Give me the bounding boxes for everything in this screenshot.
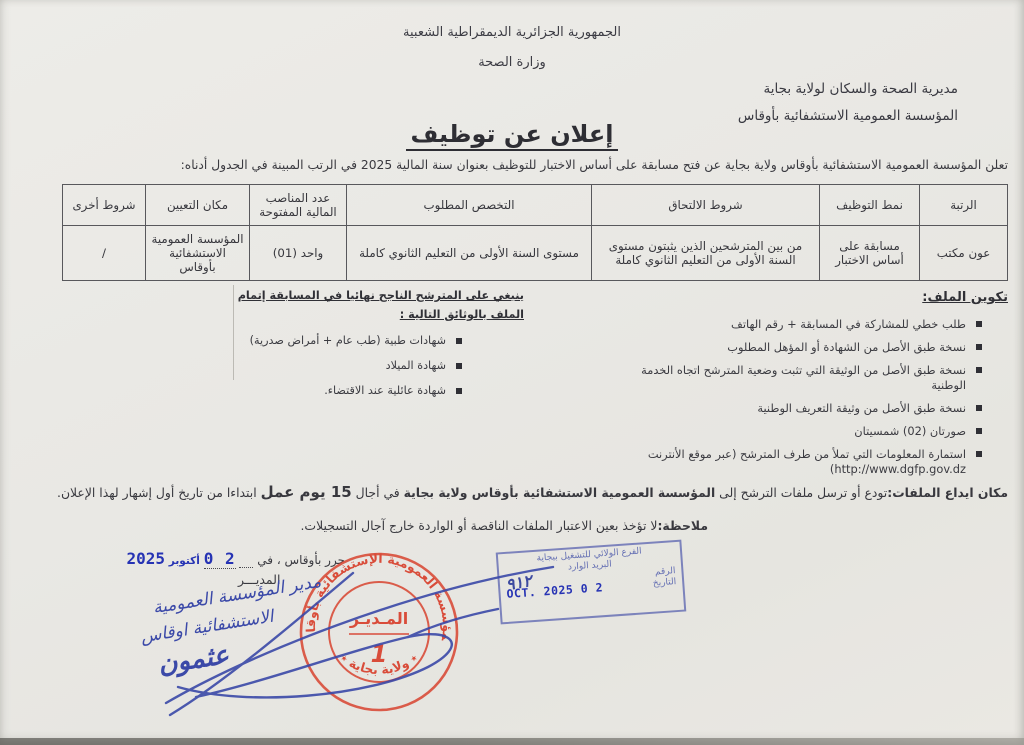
cell-other-conditions: / <box>63 226 146 281</box>
cell-positions-count: واحد (01) <box>250 226 347 281</box>
cell-rank: عون مكتب <box>920 226 1008 281</box>
list-item: صورتان (02) شمسيتان <box>604 424 1008 439</box>
square-bullet-icon <box>976 451 982 457</box>
scanned-document-page: الجمهورية الجزائرية الديمقراطية الشعبية … <box>0 0 1024 745</box>
positions-table: الرتبة نمط التوظيف شروط الالتحاق التخصص … <box>62 184 1008 281</box>
col-other-conditions: شروط أخرى <box>63 185 146 226</box>
col-rank: الرتبة <box>920 185 1008 226</box>
deadline-days: 15 يوم عمل <box>261 483 352 501</box>
list-item: نسخة طبق الأصل من الوثيقة التي تثبت وضعي… <box>604 363 1008 393</box>
col-specialty: التخصص المطلوب <box>347 185 592 226</box>
table-row: عون مكتب مسابقة على أساس الاختبار من بين… <box>63 226 1008 281</box>
square-bullet-icon <box>976 367 982 373</box>
list-item: شهادة عائلية عند الاقتضاء. <box>232 384 524 398</box>
list-item: نسخة طبق الأصل من وثيقة التعريف الوطنية <box>604 401 1008 416</box>
final-documents-heading: ينبغي على المترشح الناجح نهائيا في المسا… <box>238 289 524 321</box>
square-bullet-icon <box>456 338 462 344</box>
date-month-stamp: أكتوبر <box>169 555 200 567</box>
handwritten-register-number: ٩١٢ <box>505 575 532 590</box>
deposit-instructions: مكان ايداع الملفات:تودع أو ترسل ملفات ال… <box>12 482 1008 502</box>
note-label: ملاحظة: <box>657 518 708 533</box>
final-documents-list: شهادات طبية (طب عام + أمراض صدرية) شهادة… <box>232 334 524 398</box>
stamp-top-arc-text: المؤسسة العمومية الإستشفائية بأوقاس <box>303 551 455 643</box>
file-composition-heading: تكوين الملف: <box>922 290 1008 305</box>
file-composition-list: طلب خطي للمشاركة في المسابقة + رقم الهات… <box>604 317 1008 477</box>
handwritten-signature-name: عثمون <box>156 640 230 680</box>
blue-incoming-mail-stamp: الفرع الولائي للتشغيل ببجاية البريد الوا… <box>496 540 687 625</box>
col-conditions: شروط الالتحاق <box>592 185 820 226</box>
stamp-center-text: المـديـر <box>349 609 408 628</box>
note-line: ملاحظة:لا تؤخذ بعين الاعتبار الملفات الن… <box>300 518 708 533</box>
final-documents-section: ينبغي على المترشح الناجح نهائيا في المسا… <box>232 284 524 409</box>
cell-conditions: من بين المترشحين الذين يثبتون مستوى السن… <box>592 226 820 281</box>
table-header-row: الرتبة نمط التوظيف شروط الالتحاق التخصص … <box>63 185 1008 226</box>
file-composition-section: تكوين الملف: طلب خطي للمشاركة في المسابق… <box>604 286 1008 485</box>
ministry-title: وزارة الصحة <box>0 48 1024 78</box>
col-positions-count: عدد المناصب المالية المفتوحة <box>250 185 347 226</box>
list-item: شهادات طبية (طب عام + أمراض صدرية) <box>232 334 524 348</box>
announcement-intro: تعلن المؤسسة العمومية الاستشفائية بأوقاس… <box>12 158 1008 172</box>
cell-specialty: مستوى السنة الأولى من التعليم الثانوي كا… <box>347 226 592 281</box>
svg-text:المؤسسة العمومية الإستشفائية ب: المؤسسة العمومية الإستشفائية بأوقاس <box>303 551 455 643</box>
square-bullet-icon <box>976 344 982 350</box>
cell-assignment-place: المؤسسة العمومية الاستشفائية بأوقاس <box>146 226 250 281</box>
square-bullet-icon <box>976 428 982 434</box>
dotted-leader <box>239 553 253 568</box>
list-item: نسخة طبق الأصل من الشهادة أو المؤهل المط… <box>604 340 1008 355</box>
cell-recruitment-mode: مسابقة على أساس الاختبار <box>820 226 920 281</box>
square-bullet-icon <box>976 321 982 327</box>
stamp-number: 1 <box>371 640 388 668</box>
deposit-label: مكان ايداع الملفات: <box>887 485 1008 500</box>
date-day-stamp: 2 0 <box>204 549 236 569</box>
national-header: الجمهورية الجزائرية الديمقراطية الشعبية … <box>0 18 1024 78</box>
page-title: إعلان عن توظيف <box>0 120 1024 148</box>
col-assignment-place: مكان التعيين <box>146 185 250 226</box>
list-item: استمارة المعلومات التي تملأ من طرف المتر… <box>604 447 1008 477</box>
list-item: طلب خطي للمشاركة في المسابقة + رقم الهات… <box>604 317 1008 332</box>
list-item: شهادة الميلاد <box>232 359 524 373</box>
col-recruitment-mode: نمط التوظيف <box>820 185 920 226</box>
republic-title: الجمهورية الجزائرية الديمقراطية الشعبية <box>0 18 1024 48</box>
square-bullet-icon <box>456 363 462 369</box>
directorate-title: مديرية الصحة والسكان لولاية بجاية <box>738 76 958 103</box>
square-bullet-icon <box>456 388 462 394</box>
blue-stamp-date-label: التاريخ <box>653 577 677 590</box>
date-year-stamp: 2025 <box>126 549 165 568</box>
square-bullet-icon <box>976 405 982 411</box>
